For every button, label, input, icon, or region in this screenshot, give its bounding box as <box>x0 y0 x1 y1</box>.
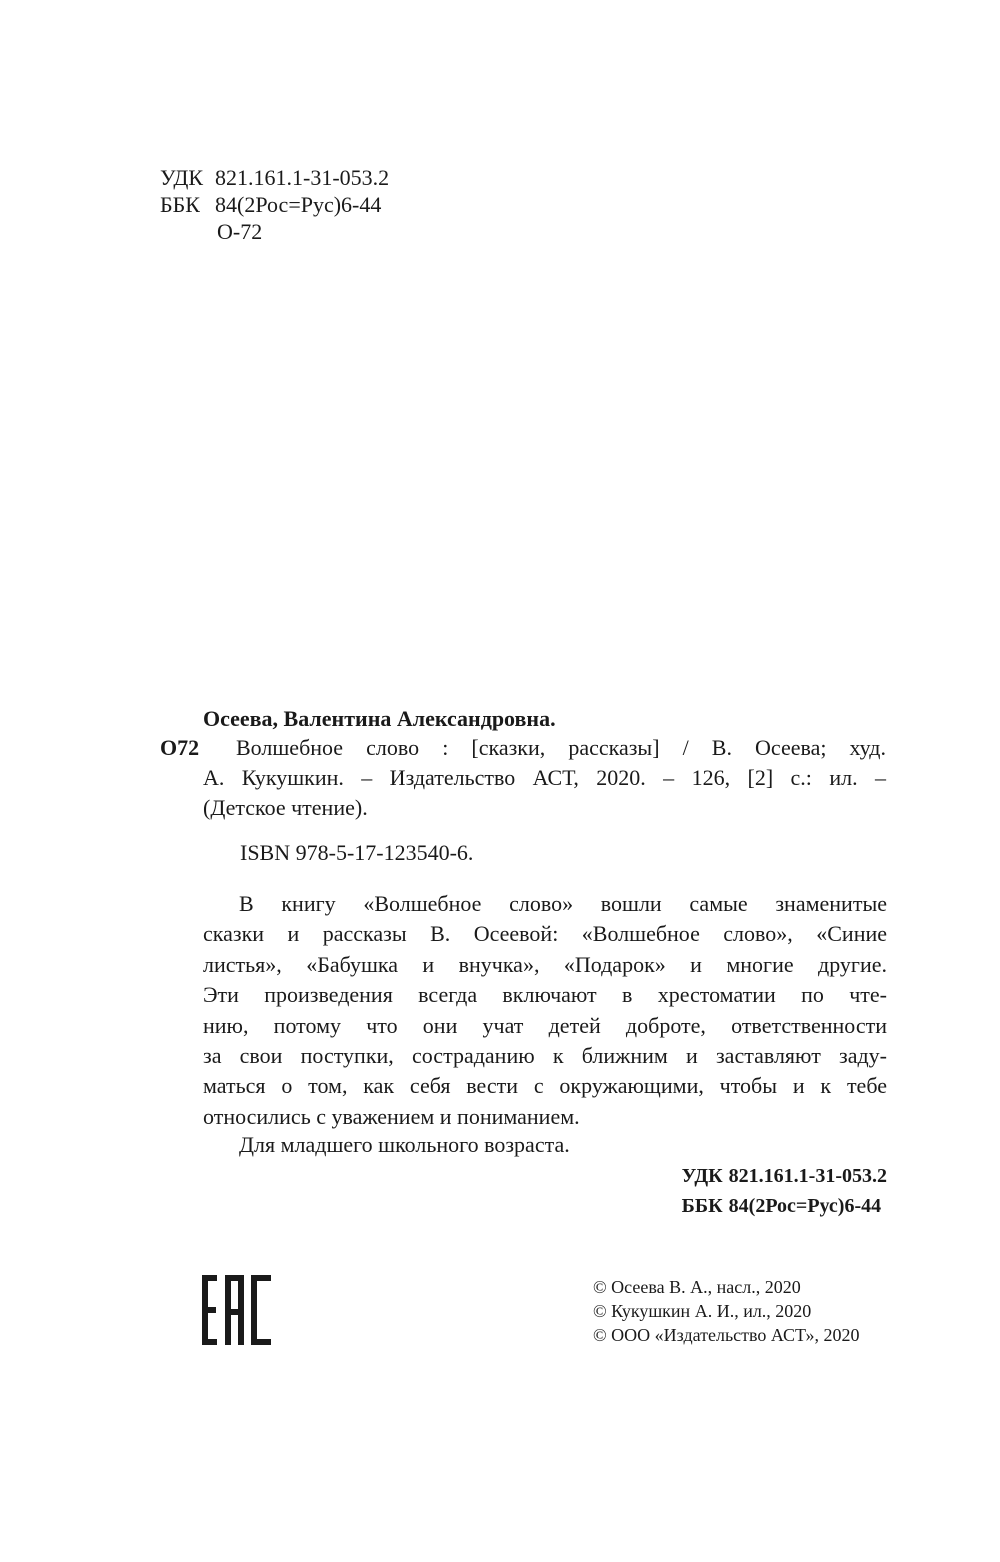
annotation: В книгу «Волшебное слово» вошли самые зн… <box>203 889 887 1132</box>
annotation-line: за свои поступки, состраданию к ближним … <box>203 1041 887 1071</box>
bbk-line: ББК84(2Рос=Рус)6-44 <box>160 191 389 218</box>
bottom-classification-codes: УДК821.161.1-31-053.2 ББК84(2Рос=Рус)6-4… <box>682 1161 887 1221</box>
annotation-line: Эти произведения всегда включают в хрест… <box>203 980 887 1010</box>
annotation-line: маться о том, как себя вести с окружающи… <box>203 1071 887 1101</box>
bibliographic-description: Волшебное слово : [сказки, рассказы] / В… <box>236 733 886 823</box>
entry-line: (Детское чтение). <box>203 793 886 823</box>
author-name: Осеева, Валентина Александровна. <box>203 704 556 734</box>
annotation-line: сказки и рассказы В. Осеевой: «Волшебное… <box>203 919 887 949</box>
annotation-line: относились с уважением и пониманием. <box>203 1102 887 1132</box>
top-classification-codes: УДК821.161.1-31-053.2 ББК84(2Рос=Рус)6-4… <box>160 164 389 245</box>
annotation-line: нию, потому что они учат детей доброте, … <box>203 1011 887 1041</box>
annotation-line: листья», «Бабушка и внучка», «Подарок» и… <box>203 950 887 980</box>
copyright-line: © ООО «Издательство АСТ», 2020 <box>593 1323 860 1347</box>
udk-label: УДК <box>160 164 215 191</box>
udk-value: 821.161.1-31-053.2 <box>215 165 389 190</box>
bbk-value: 84(2Рос=Рус)6-44 <box>215 192 381 217</box>
author-mark: О-72 <box>160 218 389 245</box>
copyright-notices: © Осеева В. А., насл., 2020 © Кукушкин А… <box>593 1275 860 1347</box>
udk-value: 821.161.1-31-053.2 <box>729 1165 887 1187</box>
bbk-value: 84(2Рос=Рус)6-44 <box>729 1195 881 1217</box>
bbk-label: ББК <box>682 1191 729 1221</box>
bbk-label: ББК <box>160 191 215 218</box>
udk-line: УДК821.161.1-31-053.2 <box>160 164 389 191</box>
bbk-line: ББК84(2Рос=Рус)6-44 <box>682 1191 887 1221</box>
entry-line: Волшебное слово : [сказки, рассказы] / В… <box>236 733 886 763</box>
eac-mark-icon <box>202 1275 272 1345</box>
udk-line: УДК821.161.1-31-053.2 <box>682 1161 887 1191</box>
entry-line: А. Кукушкин. – Издательство АСТ, 2020. –… <box>203 763 886 793</box>
isbn: ISBN 978-5-17-123540-6. <box>240 838 473 868</box>
copyright-line: © Осеева В. А., насл., 2020 <box>593 1275 860 1299</box>
annotation-line: В книгу «Волшебное слово» вошли самые зн… <box>203 889 887 919</box>
udk-label: УДК <box>682 1161 729 1191</box>
copyright-line: © Кукушкин А. И., ил., 2020 <box>593 1299 860 1323</box>
age-audience: Для младшего школьного возраста. <box>239 1130 570 1160</box>
author-mark-bold: О72 <box>160 733 199 763</box>
